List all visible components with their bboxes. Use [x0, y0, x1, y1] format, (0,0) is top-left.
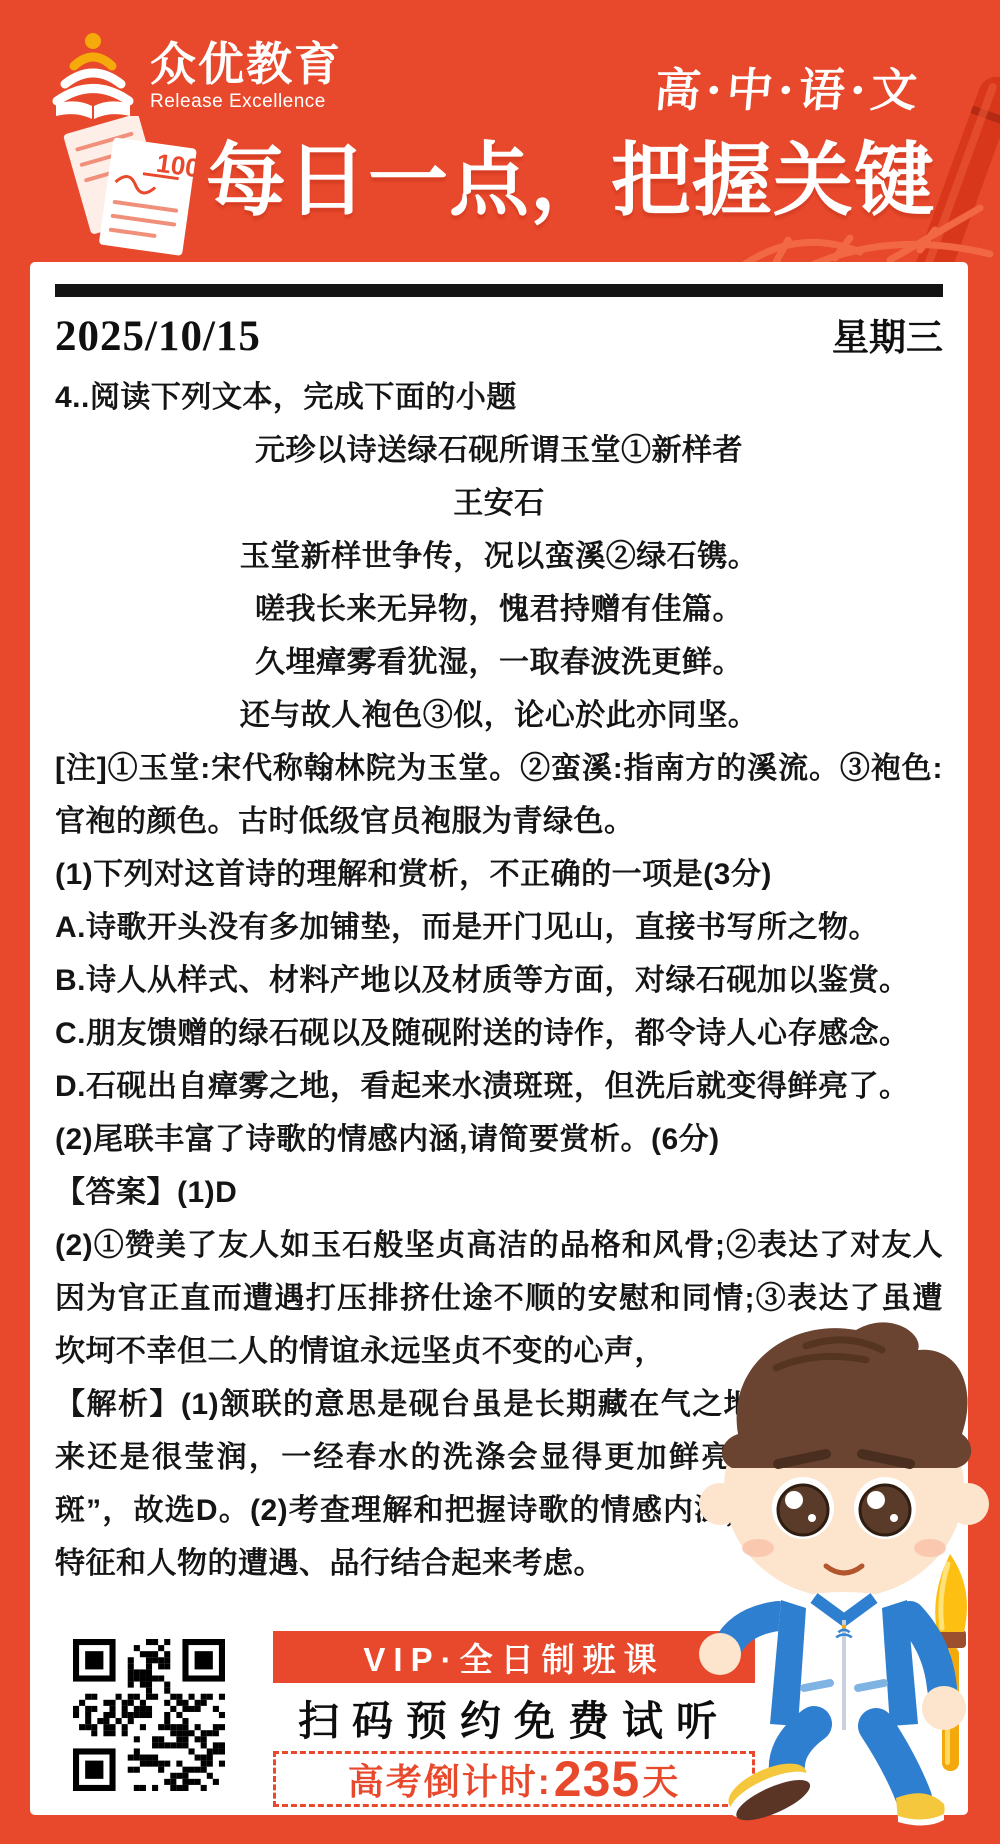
- top-rule: [55, 284, 943, 297]
- poem-line: 嗟我长来无异物，愧君持赠有佳篇。: [55, 583, 943, 636]
- gaokao-countdown: 高考倒计时:235天: [273, 1751, 755, 1807]
- vip-banner: VIP·全日制班课: [273, 1631, 755, 1683]
- brand-logo: 众优教育 Release Excellence: [50, 32, 342, 120]
- poster: 众优教育 Release Excellence 高·中·语·文 100 每日一点…: [0, 0, 1000, 1844]
- exam-papers-icon: 100: [48, 116, 228, 256]
- option-c: C.朋友馈赠的绿石砚以及随砚附送的诗作，都令诗人心存感念。: [55, 1007, 943, 1060]
- weekday: 星期三: [832, 307, 943, 361]
- brand-logo-icon: [50, 32, 136, 120]
- brand-name: 众优教育: [150, 39, 342, 89]
- question-intro: 4..阅读下列文本，完成下面的小题: [55, 371, 943, 424]
- date-row: 2025/10/15 星期三: [55, 307, 943, 361]
- option-a: A.诗歌开头没有多加铺垫，而是开门见山，直接书写所之物。: [55, 901, 943, 954]
- poem-line: 久埋瘴雾看犹湿，一取春波洗更鲜。: [55, 636, 943, 689]
- scan-call-to-action: 扫码预约免费试听: [273, 1693, 755, 1741]
- countdown-days: 235: [554, 1750, 640, 1808]
- question-2: (2)尾联丰富了诗歌的情感内涵,请简要赏析。(6分): [55, 1113, 943, 1166]
- option-b: B.诗人从样式、材料产地以及材质等方面，对绿石砚加以鉴赏。: [55, 954, 943, 1007]
- countdown-unit: 天: [642, 1754, 680, 1805]
- question-1: (1)下列对这首诗的理解和赏析，不正确的一项是(3分): [55, 848, 943, 901]
- poem-title: 元珍以诗送绿石砚所谓玉堂①新样者: [55, 424, 943, 477]
- poem-line: 还与故人袍色③似，论心於此亦同坚。: [55, 689, 943, 742]
- qr-code: [73, 1639, 225, 1791]
- brand-text: 众优教育 Release Excellence: [150, 39, 342, 113]
- promo-column: VIP·全日制班课 扫码预约免费试听 高考倒计时:235天: [273, 1631, 755, 1807]
- option-d: D.石砚出自瘴雾之地，看起来水渍斑斑，但洗后就变得鲜亮了。: [55, 1060, 943, 1113]
- poem-note: [注]①玉堂:宋代称翰林院为玉堂。②蛮溪:指南方的溪流。③袍色:官袍的颜色。古时…: [55, 742, 943, 848]
- answer-line-1: 【答案】(1)D: [55, 1166, 943, 1219]
- subject-title: 高·中·语·文: [652, 54, 925, 120]
- brand-tagline: Release Excellence: [150, 91, 342, 113]
- poem-author: 王安石: [55, 477, 943, 530]
- mascot-boy: [686, 1316, 1000, 1844]
- page-title: 每日一点，把握关键: [206, 116, 935, 231]
- poem-line: 玉堂新样世争传，况以蛮溪②绿石镌。: [55, 530, 943, 583]
- date: 2025/10/15: [55, 312, 261, 361]
- countdown-label: 高考倒计时:: [348, 1754, 552, 1805]
